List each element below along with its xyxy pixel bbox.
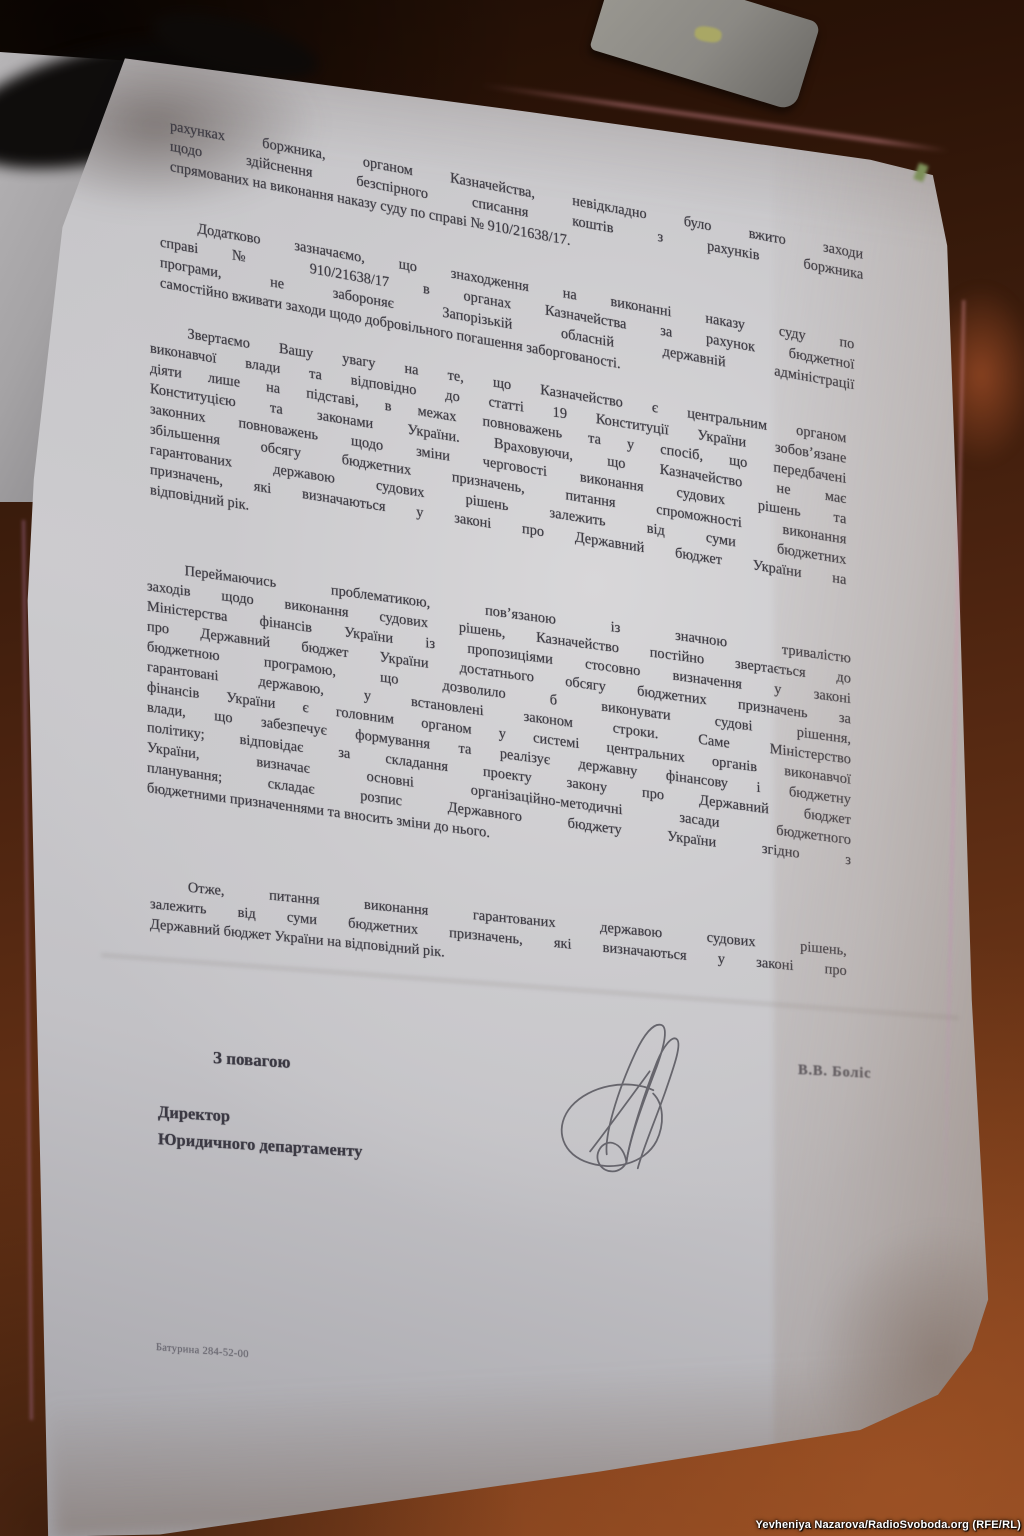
paragraph-text: Переймаючись проблематикою, пов’язаною і… xyxy=(147,556,851,871)
document-page: рахунках боржника, органом Казначейства,… xyxy=(0,0,1024,1536)
executor-phone-note: Батурина 284-52-00 xyxy=(156,1342,249,1360)
signoff: З повагою xyxy=(213,1048,290,1073)
photo-credit: Yevheniya Nazarova/RadioSvoboda.org (RFE… xyxy=(755,1519,1021,1531)
handwritten-signature xyxy=(538,994,737,1206)
green-tab xyxy=(694,25,723,44)
signer-title: Директор Юридичного департаменту xyxy=(158,1098,362,1165)
document-paragraph: Переймаючись проблематикою, пов’язаною і… xyxy=(147,556,851,891)
photo-of-document: рахунках боржника, органом Казначейства,… xyxy=(0,0,1024,1536)
